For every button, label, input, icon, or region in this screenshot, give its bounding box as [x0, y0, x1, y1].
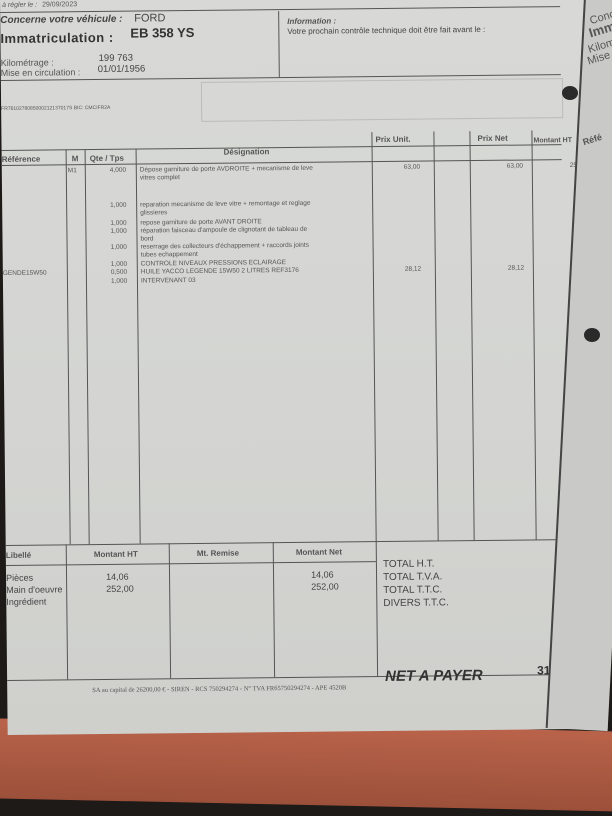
total-label: TOTAL H.T.	[383, 558, 435, 570]
total-label: TOTAL T.V.A.	[383, 571, 442, 583]
table-cell-unit-price: 28,12	[405, 266, 421, 273]
first-registration-label: Mise en circulation :	[1, 67, 81, 78]
table-cell-designation: tubes echappement	[141, 251, 198, 259]
table-cell-qty: 1,000	[110, 220, 126, 227]
table-cell-designation: Dépose garniture de porte AVDROITE + mec…	[140, 165, 313, 174]
summary-cell-ht: 14,06	[106, 572, 129, 582]
col-net-price: Prix Net	[477, 134, 507, 143]
table-cell-designation: reserrage des collecteurs d'échappement …	[141, 242, 309, 251]
payment-date-label: à régler le :	[2, 2, 37, 9]
table-cell-qty: 1,000	[110, 202, 126, 209]
table-cell-designation: HUILE YACCO LEGENDE 15W50 2 LITRES REF31…	[141, 267, 299, 276]
net-to-pay-label: NET A PAYER	[385, 667, 483, 685]
table-cell-designation: vitres complet	[140, 174, 180, 181]
summary-cell-label: Ingrédient	[6, 597, 46, 607]
table-cell-designation: INTERVENANT 03	[141, 277, 196, 285]
registration-label: Immatriculation :	[0, 30, 113, 46]
col-unit-price: Prix Unit.	[375, 135, 410, 144]
col-qty: Qte / Tps	[90, 154, 124, 163]
summary-cell-label: Main d'oeuvre	[6, 584, 62, 595]
summary-cell-label: Pièces	[6, 573, 33, 583]
mileage-value: 199 763	[99, 53, 133, 64]
table-cell-qty: 1,000	[111, 244, 127, 251]
table-cell-qty: 1,000	[110, 228, 126, 235]
blank-box	[201, 78, 563, 122]
col-m: M	[72, 154, 79, 163]
info-label: Information :	[287, 16, 336, 26]
legal-footer: SA au capital de 26200,00 € - SIREN - RC…	[92, 684, 346, 694]
table-cell-designation: repose garniture de porte AVANT DROITE	[140, 218, 261, 226]
table-cell-qty: 4,000	[110, 167, 126, 174]
table-cell-net-price: 28,12	[508, 265, 524, 272]
table-cell-designation: reparation mecanisme de leve vitre + rem…	[140, 200, 310, 209]
total-label: DIVERS T.T.C.	[383, 597, 449, 609]
table-cell-m: M1	[68, 167, 77, 174]
mileage-label: Kilométrage :	[1, 57, 54, 68]
summary-col-net: Montant Net	[296, 547, 342, 556]
table-cell-designation: bord	[140, 235, 153, 242]
summary-cell-net: 252,00	[311, 581, 339, 591]
table-cell-qty: 1,000	[111, 261, 127, 268]
table-cell-net-price: 63,00	[507, 163, 523, 170]
adjacent-text-5: Réfé	[581, 132, 603, 147]
table-cell-reference: GENDE15W50	[3, 270, 47, 277]
binder-hole	[562, 86, 578, 100]
payment-date: 29/09/2023	[42, 1, 77, 8]
table-cell-qty: 1,000	[111, 278, 127, 285]
summary-cell-ht: 252,00	[106, 584, 134, 594]
table-cell-designation: glissieres	[140, 209, 167, 216]
table-cell-unit-price: 63,00	[404, 164, 420, 171]
vehicle-make: FORD	[134, 12, 165, 24]
binder-hole	[584, 328, 600, 342]
vehicle-label: Concerne votre véhicule :	[0, 14, 122, 26]
table-cell-qty: 0,500	[111, 269, 127, 276]
summary-col-label: Libellé	[6, 551, 31, 560]
registration-number: EB 358 YS	[130, 25, 194, 41]
col-designation: Désignation	[224, 147, 270, 156]
first-registration-date: 01/01/1956	[98, 63, 146, 74]
col-amount-ht: Montant HT	[533, 137, 572, 144]
table-cell-designation: réparation faisceau d'ampoule de clignot…	[140, 226, 307, 235]
info-text: Votre prochain contrôle technique doit ê…	[287, 25, 485, 36]
summary-col-ht: Montant HT	[94, 550, 138, 559]
total-label: TOTAL T.T.C.	[383, 584, 442, 596]
summary-cell-net: 14,06	[311, 570, 334, 580]
col-reference: Référence	[2, 155, 41, 164]
header-partial-text: TIBURO	[330, 0, 357, 1]
summary-col-remise: Mt. Remise	[197, 549, 239, 558]
invoice-page: à régler le : 29/09/2023 TIBURO Concerne…	[0, 0, 608, 735]
bank-details: FR7610278085000212137017S BIC: CMCIFR2A	[1, 105, 110, 112]
